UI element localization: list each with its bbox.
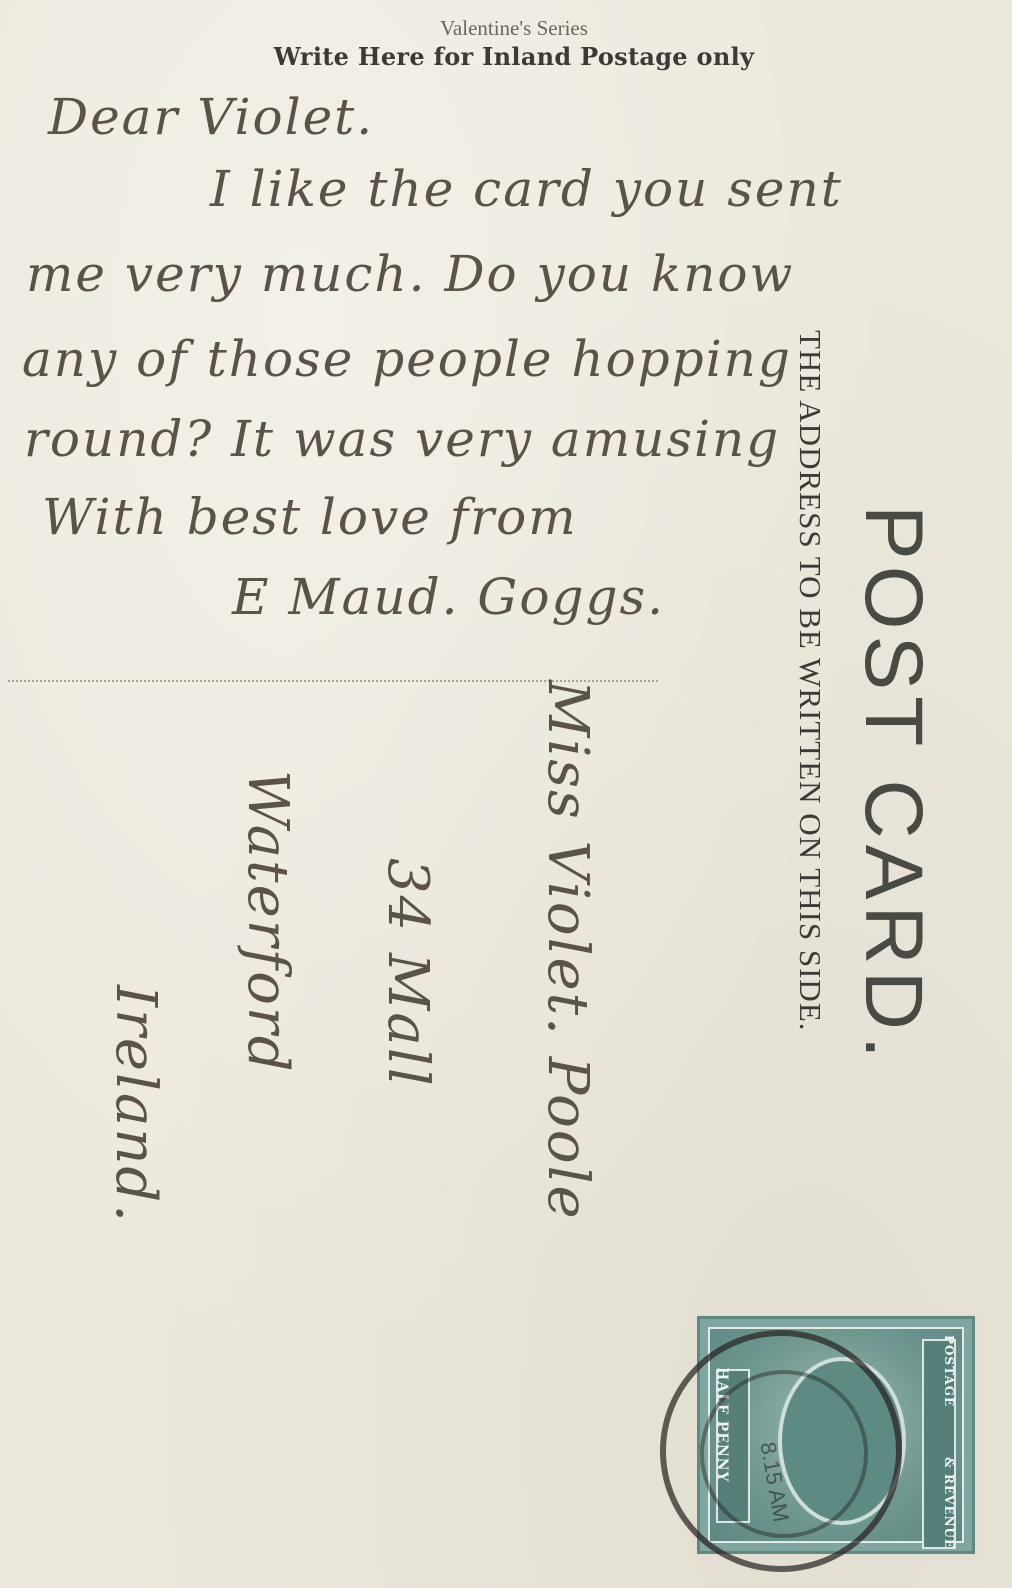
message-line: round? It was very amusing [24,410,780,468]
post-card-title: POST CARD. [846,505,940,1065]
address-country: Ireland. [103,985,168,1224]
message-line: I like the card you sent [210,160,843,218]
message-greeting: Dear Violet. [48,88,374,146]
stamp-revenue-text: & REVENUE [942,1457,956,1549]
publisher-series: Valentine's Series [0,16,1012,41]
inland-postage-notice: Write Here for Inland Postage only [0,42,1012,71]
message-line: any of those people hopping [22,330,792,388]
postcard-back: Valentine's Series Write Here for Inland… [0,0,1012,1588]
message-signature: E Maud. Goggs. [232,568,665,626]
address-street: 34 Mall [375,858,440,1088]
address-instruction: THE ADDRESS TO BE WRITTEN ON THIS SIDE. [792,330,828,1032]
message-line: me very much. Do you know [26,245,794,303]
address-recipient: Miss Violet. Poole [535,680,600,1221]
message-closing: With best love from [42,488,578,546]
stamp-postage-text: POSTAGE [942,1335,956,1407]
address-city: Waterford [235,770,300,1074]
